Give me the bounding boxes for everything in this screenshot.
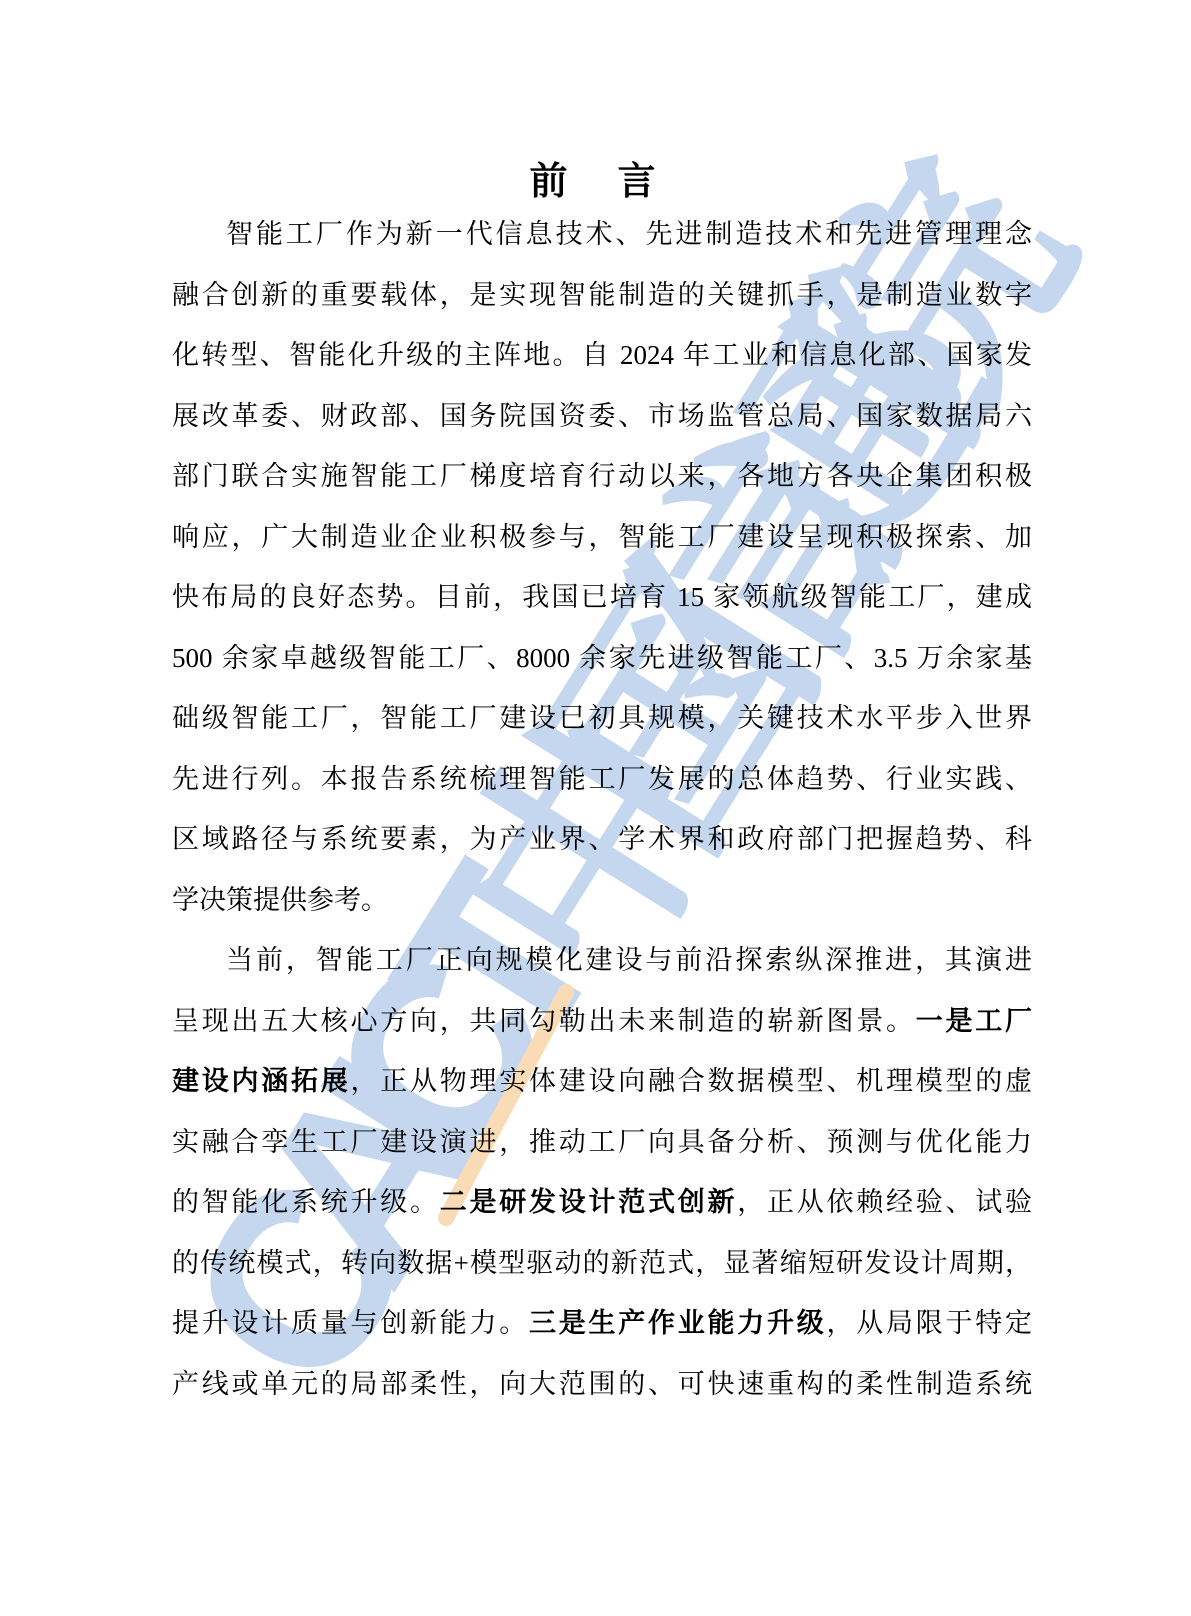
text-run: 智能工厂作为新一代信息技术、先进制造技术和先进管理理念: [226, 219, 1032, 249]
text-line: 建设内涵拓展，正从物理实体建设向融合数据模型、机理模型的虚: [172, 1051, 1032, 1112]
bold-run: 二是研发设计范式创新: [440, 1187, 738, 1217]
text-line: 融合创新的重要载体，是实现智能制造的关键抓手，是制造业数字: [172, 265, 1032, 326]
text-run: 提升设计质量与创新能力。: [172, 1308, 529, 1338]
text-run: 实融合孪生工厂建设演进，推动工厂向具备分析、预测与优化能力: [172, 1127, 1032, 1157]
text-run: 化转型、智能化升级的主阵地。自 2024 年工业和信息化部、国家发: [172, 340, 1032, 370]
text-line: 500 余家卓越级智能工厂、8000 余家先进级智能工厂、3.5 万余家基: [172, 628, 1032, 689]
text-run: 当前，智能工厂正向规模化建设与前沿探索纵深推进，其演进: [226, 945, 1032, 975]
text-run: 产线或单元的局部柔性，向大范围的、可快速重构的柔性制造系统: [172, 1369, 1032, 1399]
text-run: 展改革委、财政部、国务院国资委、市场监管总局、国家数据局六: [172, 401, 1032, 431]
text-line: 实融合孪生工厂建设演进，推动工厂向具备分析、预测与优化能力: [172, 1112, 1032, 1173]
text-line: 快布局的良好态势。目前，我国已培育 15 家领航级智能工厂，建成: [172, 567, 1032, 628]
text-run: 呈现出五大核心方向，共同勾勒出未来制造的崭新图景。: [172, 1006, 916, 1036]
text-run: 部门联合实施智能工厂梯度培育行动以来，各地方各央企集团积极: [172, 461, 1032, 491]
text-line: 响应，广大制造业企业积极参与，智能工厂建设呈现积极探索、加: [172, 507, 1032, 568]
bold-run: 建设内涵拓展: [172, 1066, 351, 1096]
bold-run: 三是生产作业能力升级: [529, 1308, 827, 1338]
text-line: 学决策提供参考。: [172, 870, 1032, 931]
text-run: 融合创新的重要载体，是实现智能制造的关键抓手，是制造业数字: [172, 280, 1032, 310]
text-run: 的传统模式，转向数据+模型驱动的新范式，显著缩短研发设计周期，: [172, 1248, 1032, 1278]
document-body: 智能工厂作为新一代信息技术、先进制造技术和先进管理理念融合创新的重要载体，是实现…: [172, 204, 1032, 1414]
text-line: 产线或单元的局部柔性，向大范围的、可快速重构的柔性制造系统: [172, 1354, 1032, 1415]
paragraph: 当前，智能工厂正向规模化建设与前沿探索纵深推进，其演进呈现出五大核心方向，共同勾…: [172, 930, 1032, 1414]
text-line: 先进行列。本报告系统梳理智能工厂发展的总体趋势、行业实践、: [172, 749, 1032, 810]
text-line: 的智能化系统升级。二是研发设计范式创新，正从依赖经验、试验: [172, 1172, 1032, 1233]
text-run: 区域路径与系统要素，为产业界、学术界和政府部门把握趋势、科: [172, 824, 1032, 854]
text-run: 先进行列。本报告系统梳理智能工厂发展的总体趋势、行业实践、: [172, 764, 1032, 794]
text-run: ，正从依赖经验、试验: [737, 1187, 1032, 1217]
text-line: 部门联合实施智能工厂梯度培育行动以来，各地方各央企集团积极: [172, 446, 1032, 507]
text-line: 区域路径与系统要素，为产业界、学术界和政府部门把握趋势、科: [172, 809, 1032, 870]
text-line: 础级智能工厂，智能工厂建设已初具规模，关键技术水平步入世界: [172, 688, 1032, 749]
text-line: 智能工厂作为新一代信息技术、先进制造技术和先进管理理念: [172, 204, 1032, 265]
text-run: 的智能化系统升级。: [172, 1187, 440, 1217]
text-line: 展改革委、财政部、国务院国资委、市场监管总局、国家数据局六: [172, 386, 1032, 447]
text-run: 快布局的良好态势。目前，我国已培育 15 家领航级智能工厂，建成: [172, 582, 1032, 612]
text-run: 学决策提供参考。: [172, 885, 388, 915]
text-run: 响应，广大制造业企业积极参与，智能工厂建设呈现积极探索、加: [172, 522, 1032, 552]
text-line: 提升设计质量与创新能力。三是生产作业能力升级，从局限于特定: [172, 1293, 1032, 1354]
text-run: 500 余家卓越级智能工厂、8000 余家先进级智能工厂、3.5 万余家基: [172, 643, 1032, 673]
text-line: 呈现出五大核心方向，共同勾勒出未来制造的崭新图景。一是工厂: [172, 991, 1032, 1052]
paragraph: 智能工厂作为新一代信息技术、先进制造技术和先进管理理念融合创新的重要载体，是实现…: [172, 204, 1032, 930]
text-run: 础级智能工厂，智能工厂建设已初具规模，关键技术水平步入世界: [172, 703, 1032, 733]
page-title: 前 言: [0, 150, 1191, 205]
bold-run: 一是工厂: [916, 1006, 1032, 1036]
document-page: CAICT中国信通院 前 言 智能工厂作为新一代信息技术、先进制造技术和先进管理…: [0, 0, 1191, 1616]
text-line: 当前，智能工厂正向规模化建设与前沿探索纵深推进，其演进: [172, 930, 1032, 991]
text-line: 的传统模式，转向数据+模型驱动的新范式，显著缩短研发设计周期，: [172, 1233, 1032, 1294]
text-line: 化转型、智能化升级的主阵地。自 2024 年工业和信息化部、国家发: [172, 325, 1032, 386]
text-run: ，从局限于特定: [827, 1308, 1033, 1338]
text-run: ，正从物理实体建设向融合数据模型、机理模型的虚: [351, 1066, 1033, 1096]
